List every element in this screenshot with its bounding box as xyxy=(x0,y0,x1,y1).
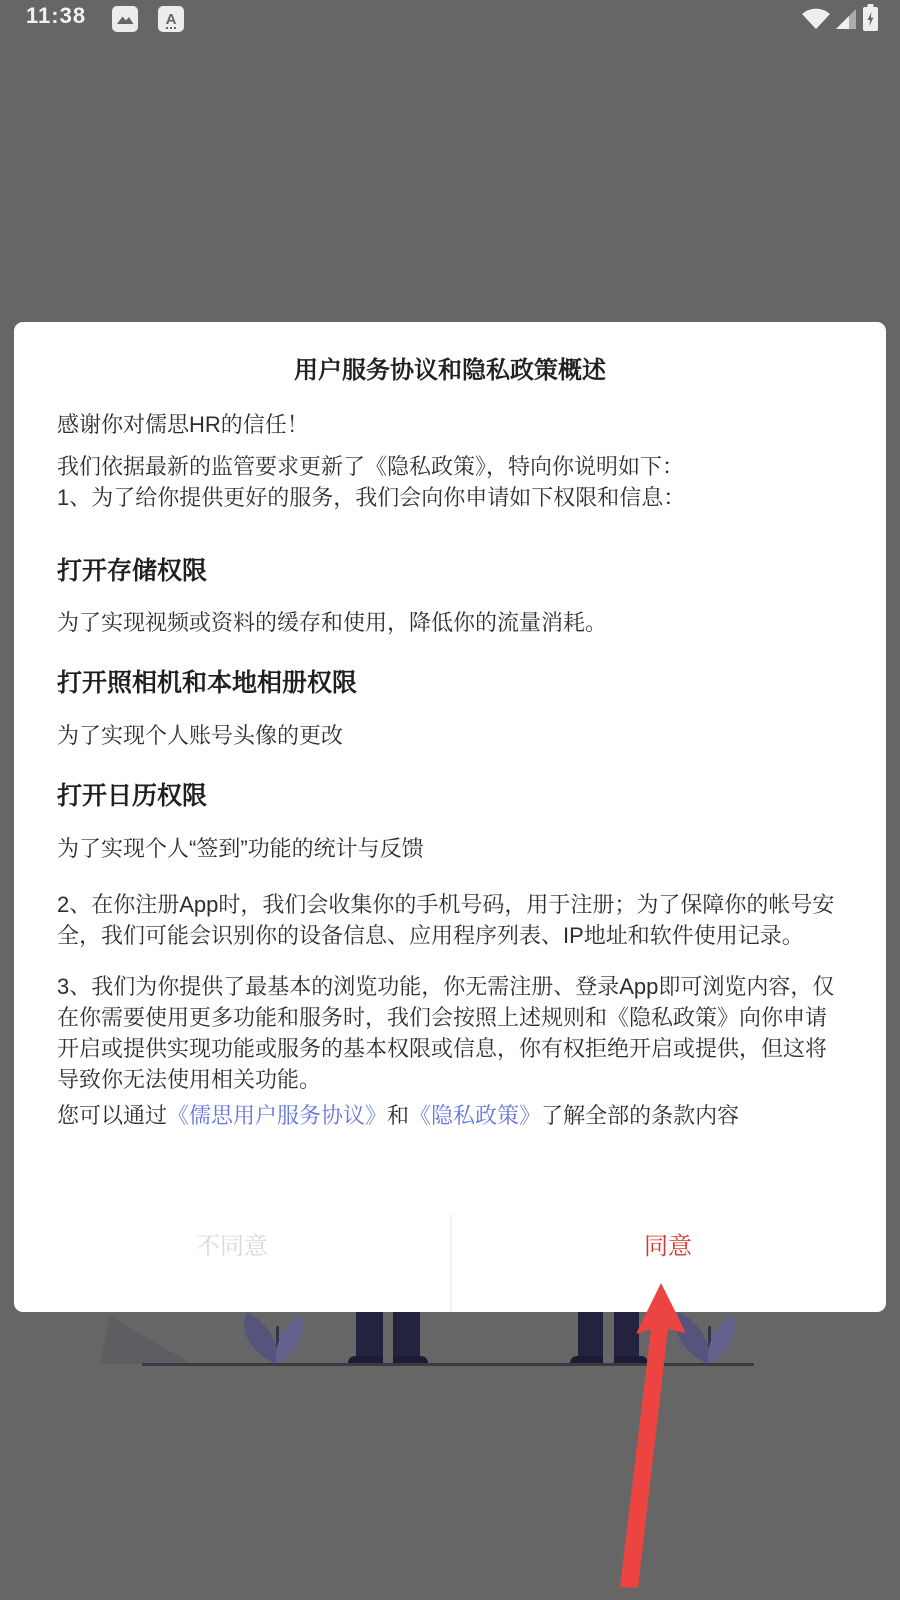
ground-line xyxy=(142,1363,754,1366)
battery-charging-icon xyxy=(862,4,879,32)
thanks-text: 感谢你对儒思HR的信任！ xyxy=(57,409,843,440)
ground-shadow xyxy=(100,1316,192,1364)
browsing-info-text: 3、我们为你提供了最基本的浏览功能，你无需注册、登录App即可浏览内容，仅在你需… xyxy=(57,971,843,1095)
privacy-policy-dialog: 用户服务协议和隐私政策概述 感谢你对儒思HR的信任！ 我们依据最新的监管要求更新… xyxy=(14,322,886,1312)
agree-button[interactable]: 同意 xyxy=(450,1192,886,1312)
disagree-button[interactable]: 不同意 xyxy=(14,1192,450,1312)
camera-permission-description: 为了实现个人账号头像的更改 xyxy=(57,720,843,751)
person-legs-right xyxy=(570,1312,648,1364)
cell-signal-icon xyxy=(835,8,857,30)
dialog-title: 用户服务协议和隐私政策概述 xyxy=(14,350,886,385)
calendar-permission-description: 为了实现个人“签到”功能的统计与反馈 xyxy=(57,833,843,864)
status-time: 11:38 xyxy=(26,3,86,29)
calendar-permission-heading: 打开日历权限 xyxy=(57,776,843,812)
privacy-policy-link[interactable]: 《隐私政策》 xyxy=(409,1103,541,1128)
input-method-notification-icon: A xyxy=(158,6,184,32)
storage-permission-description: 为了实现视频或资料的缓存和使用，降低你的流量消耗。 xyxy=(57,607,843,638)
registration-info-text: 2、在你注册App时，我们会收集你的手机号码，用于注册；为了保障你的帐号安全，我… xyxy=(57,889,843,951)
svg-text:A: A xyxy=(166,11,177,28)
update-notice: 我们依据最新的监管要求更新了《隐私政策》，特向你说明如下： 1、为了给你提供更好… xyxy=(57,451,843,513)
status-bar: 11:38 A xyxy=(0,0,900,36)
update-notice-line: 我们依据最新的监管要求更新了《隐私政策》，特向你说明如下： xyxy=(57,451,843,482)
footer-conjunction: 和 xyxy=(387,1103,409,1128)
service-agreement-link[interactable]: 《儒思用户服务协议》 xyxy=(167,1103,387,1128)
footer-prefix: 您可以通过 xyxy=(57,1103,167,1128)
plant-right-icon xyxy=(676,1312,735,1366)
plant-left-icon xyxy=(244,1312,303,1366)
storage-permission-heading: 打开存储权限 xyxy=(57,551,843,587)
app-screen: 11:38 A xyxy=(0,0,900,1600)
permission-request-line: 1、为了给你提供更好的服务，我们会向你申请如下权限和信息： xyxy=(57,482,843,513)
camera-permission-heading: 打开照相机和本地相册权限 xyxy=(57,663,843,699)
wifi-icon xyxy=(800,8,832,30)
person-legs-left xyxy=(348,1312,428,1364)
agreement-links-line: 您可以通过《儒思用户服务协议》和《隐私政策》了解全部的条款内容 xyxy=(57,1100,843,1131)
background-illustration xyxy=(0,1312,900,1372)
dialog-button-row: 不同意 同意 xyxy=(14,1192,886,1312)
image-notification-icon xyxy=(112,6,138,32)
footer-suffix: 了解全部的条款内容 xyxy=(541,1103,739,1128)
